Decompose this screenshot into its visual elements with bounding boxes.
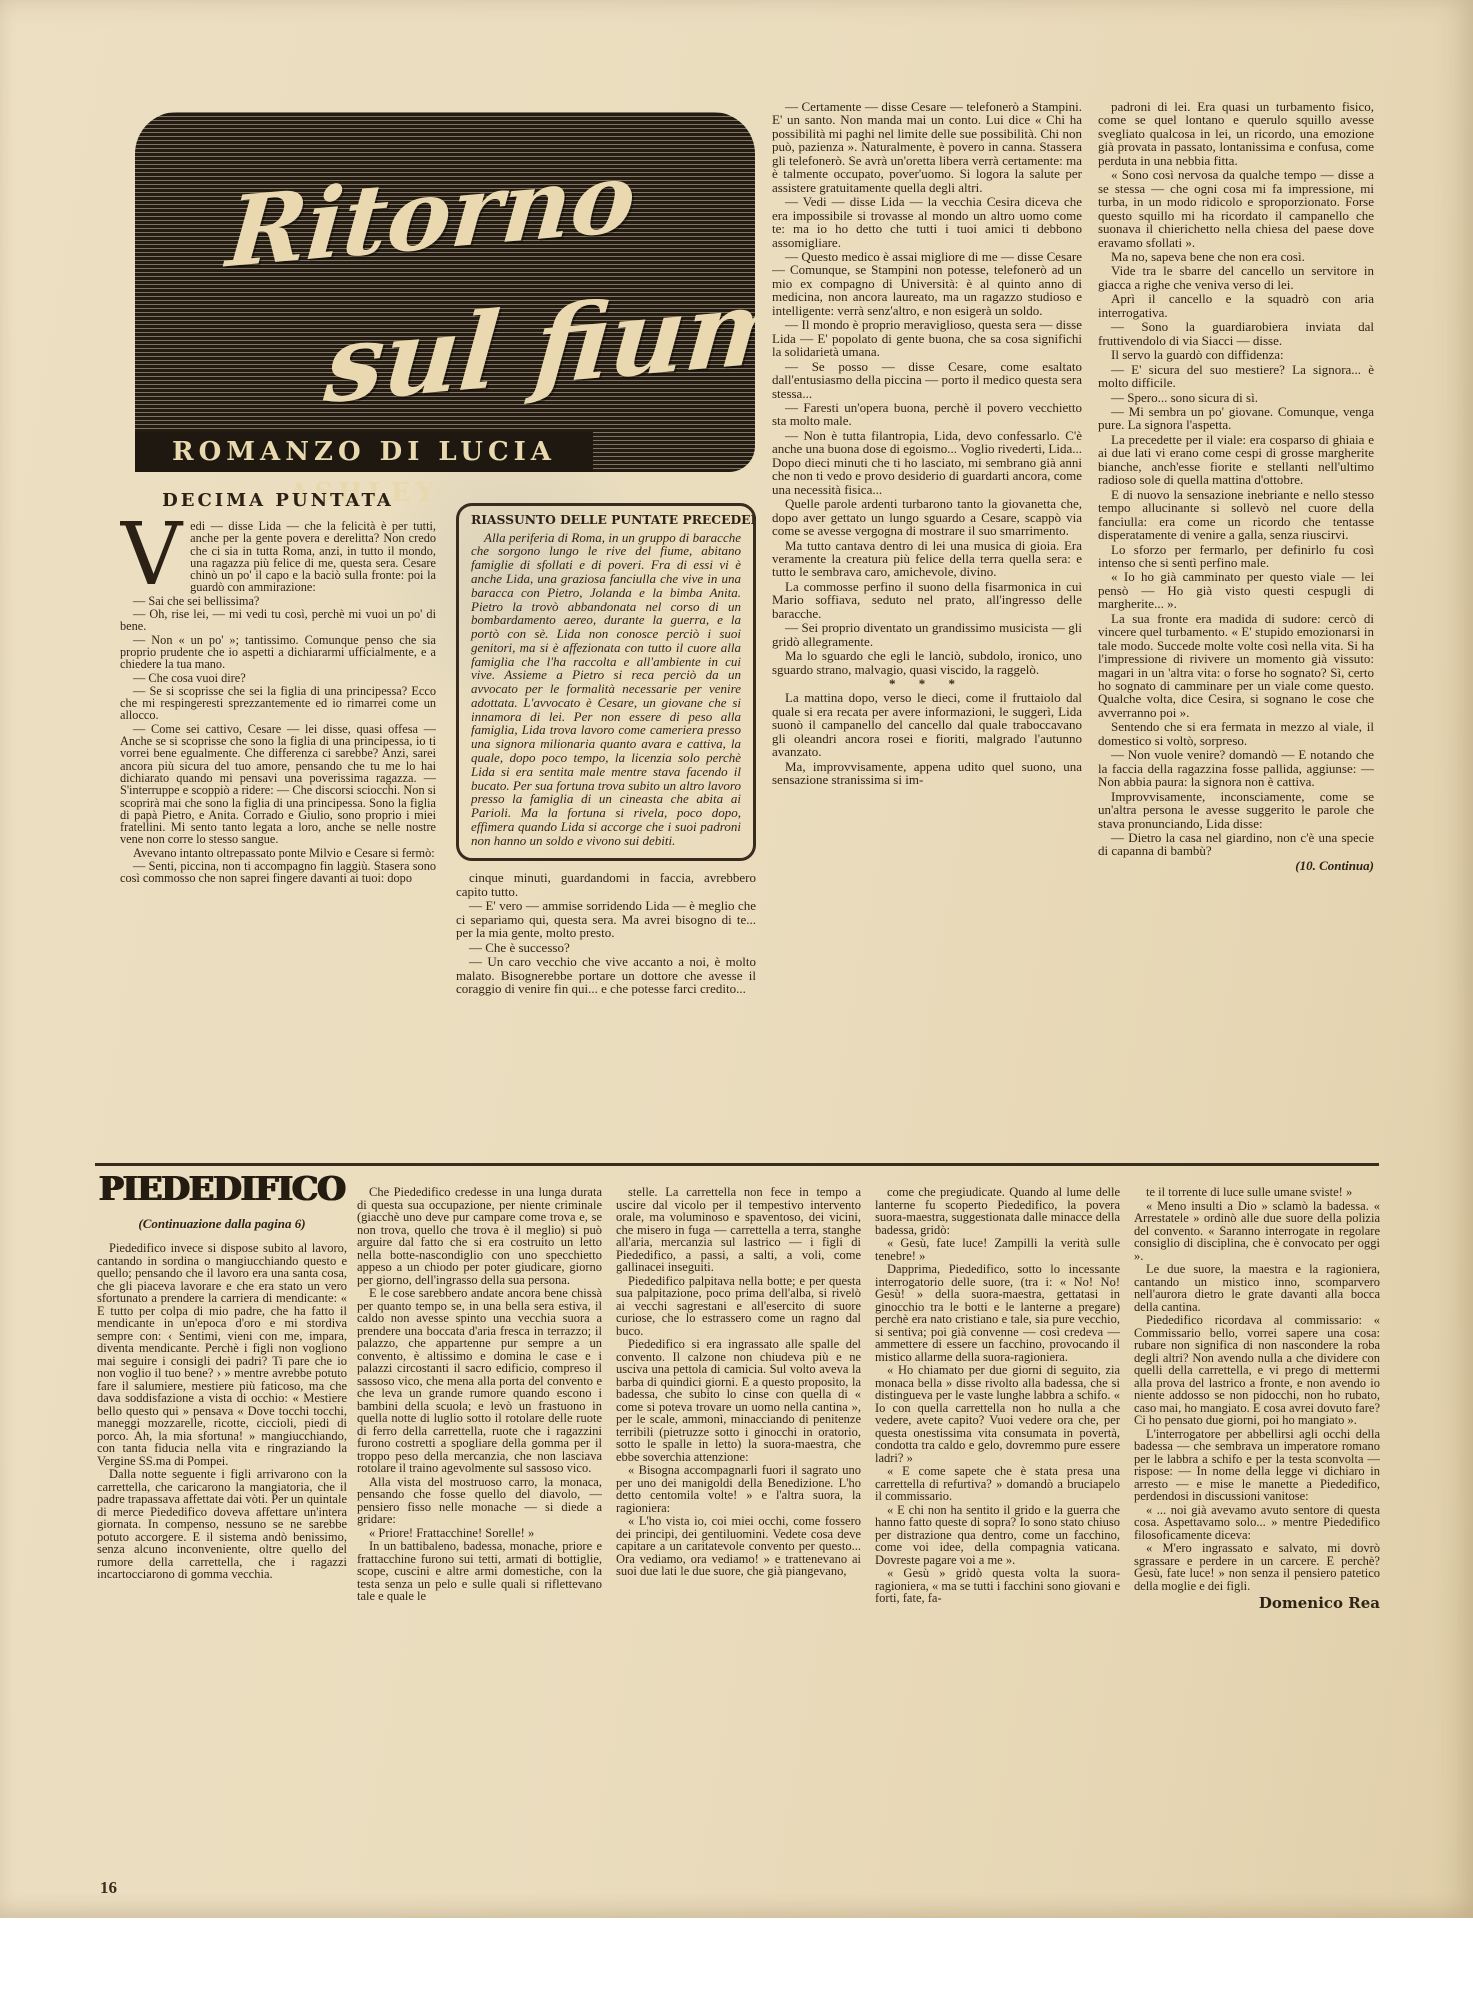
article-divider-rule	[95, 1163, 1379, 1166]
paragraph: E di nuovo la sensazione inebriante e ne…	[1098, 488, 1374, 542]
paragraph: Piededifico palpitava nella botte; e per…	[616, 1275, 861, 1338]
article2-continuation-note: (Continuazione dalla pagina 6)	[97, 1217, 347, 1230]
paragraph: Ma lo sguardo che egli le lanciò, subdol…	[772, 649, 1082, 676]
masthead-banner: Ritorno sul fiume	[135, 112, 755, 472]
paragraph: — Il mondo è proprio meraviglioso, quest…	[772, 318, 1082, 358]
paragraph: (10. Continua)	[1098, 859, 1374, 872]
drop-cap: V	[120, 520, 190, 588]
paragraph: « Bisogna accompagnarli fuori il sagrato…	[616, 1464, 861, 1514]
paragraph: — E' vero — ammise sorridendo Lida — è m…	[456, 899, 756, 939]
paragraph: — Sono la guardiarobiera inviata dal fru…	[1098, 320, 1374, 347]
paragraph: Alla vista del mostruoso carro, la monac…	[357, 1476, 602, 1526]
paragraph: — Che è successo?	[456, 941, 756, 954]
article2-column-3: stelle. La carrettella non fece in tempo…	[616, 1186, 861, 1902]
paragraph: La precedette per il viale: era cosparso…	[1098, 433, 1374, 487]
paragraph: — Vedi — disse Lida — la vecchia Cesira …	[772, 195, 1082, 249]
paragraph: — Se si scoprisse che sei la figlia di u…	[120, 685, 436, 722]
article2-column-1: PIEDEDIFICO (Continuazione dalla pagina …	[97, 1172, 347, 1902]
paragraph: padroni di lei. Era quasi un turbamento …	[1098, 100, 1374, 167]
paragraph: Le due suore, la maestra e la ragioniera…	[1134, 1263, 1380, 1313]
paragraph: Domenico Rea	[1134, 1593, 1380, 1611]
paragraph: L'interrogatore per abbellirsi agli occh…	[1134, 1428, 1380, 1503]
paragraph: « Meno insulti a Dio » sclamò la badessa…	[1134, 1200, 1380, 1263]
paragraph: « Ho chiamato per due giorni di seguito,…	[875, 1364, 1120, 1464]
novel-column-4: padroni di lei. Era quasi un turbamento …	[1098, 100, 1374, 1162]
paragraph: — Mi sembra un po' giovane. Comunque, ve…	[1098, 405, 1374, 432]
installment-heading: DECIMA PUNTATA	[120, 492, 436, 510]
paragraph: cinque minuti, guardandomi in faccia, av…	[456, 871, 756, 898]
magazine-page-scan: Ritorno sul fiume ROMANZO DI LUCIA ASHLE…	[0, 0, 1473, 2000]
paragraph: « Gesù, fate luce! Zampilli la verità su…	[875, 1237, 1120, 1262]
paragraph: te il torrente di luce sulle umane svist…	[1134, 1186, 1380, 1199]
paragraph: « Io ho già camminato per questo viale —…	[1098, 570, 1374, 610]
novel-title-line1: Ritorno	[223, 140, 640, 290]
paragraph: « Gesù » gridò questa volta la suora-rag…	[875, 1567, 1120, 1605]
paragraph: — Spero... sono sicura di sì.	[1098, 391, 1374, 404]
paragraph: * * *	[772, 677, 1082, 690]
paragraph: E le cose sarebbero andate ancora bene c…	[357, 1287, 602, 1475]
paragraph: Dalla notte seguente i figli arrivarono …	[97, 1468, 347, 1581]
paragraph: — Non « un po' »; tantissimo. Comunque p…	[120, 634, 436, 671]
novel-column-3: — Certamente — disse Cesare — telefonerò…	[772, 100, 1082, 1162]
paragraph: Il servo la guardò con diffidenza:	[1098, 348, 1374, 361]
novel-column-1: DECIMA PUNTATA Vedi — disse Lida — che l…	[120, 492, 436, 1168]
novel-column-2: RIASSUNTO DELLE PUNTATE PRECEDENTI Alla …	[456, 503, 756, 1163]
paragraph: — Dietro la casa nel giardino, non c'è u…	[1098, 831, 1374, 858]
paragraph: La mattina dopo, verso le dieci, come il…	[772, 691, 1082, 758]
novel-byline-bar: ROMANZO DI LUCIA ASHLEY	[135, 432, 593, 472]
paragraph: Sentendo che si era fermata in mezzo al …	[1098, 720, 1374, 747]
paragraph: — Oh, rise lei, — mi vedi tu così, perch…	[120, 608, 436, 633]
paragraph: — Faresti un'opera buona, perchè il pove…	[772, 401, 1082, 428]
paragraph: — Non è tutta filantropia, Lida, devo co…	[772, 429, 1082, 496]
article2-column-2: Che Piededifico credesse in una lunga du…	[357, 1186, 602, 1902]
paragraph: « Sono così nervosa da qualche tempo — d…	[1098, 168, 1374, 249]
paragraph: « Priore! Frattacchine! Sorelle! »	[357, 1527, 602, 1540]
paragraph: — Sai che sei bellissima?	[120, 595, 436, 607]
paragraph: — Un caro vecchio che vive accanto a noi…	[456, 955, 756, 995]
paragraph: « E come sapete che è stata presa una ca…	[875, 1465, 1120, 1503]
paragraph: Vide tra le sbarre del cancello un servi…	[1098, 264, 1374, 291]
paragraph: come che pregiudicate. Quando al lume de…	[875, 1186, 1120, 1236]
novel-title-line2: sul fiume	[321, 256, 755, 427]
paragraph: Ma, improvvisamente, appena udito quel s…	[772, 760, 1082, 787]
novel-column-2-paragraphs: cinque minuti, guardandomi in faccia, av…	[456, 871, 756, 995]
paragraph: — Sei proprio diventato un grandissimo m…	[772, 621, 1082, 648]
paragraph: La sua fronte era madida di sudore: cerc…	[1098, 612, 1374, 720]
paragraph: La commosse perfino il suono della fisar…	[772, 580, 1082, 620]
paragraph: « M'ero ingrassato e salvato, mi dovrò s…	[1134, 1542, 1380, 1592]
paragraph: Piededifico invece si dispose subito al …	[97, 1242, 347, 1467]
paragraph: — Certamente — disse Cesare — telefonerò…	[772, 100, 1082, 194]
paragraph: Ma tutto cantava dentro di lei una music…	[772, 539, 1082, 579]
paragraph: stelle. La carrettella non fece in tempo…	[616, 1186, 861, 1274]
paragraph: Piededifico ricordava al commissario: « …	[1134, 1314, 1380, 1427]
article2-column-5: te il torrente di luce sulle umane svist…	[1134, 1186, 1380, 1902]
paragraph: Piededifico si era ingrassato alle spall…	[616, 1338, 861, 1463]
paragraph: — Questo medico è assai migliore di me —…	[772, 250, 1082, 317]
opening-paragraph: Vedi — disse Lida — che la felicità è pe…	[120, 520, 436, 594]
paragraph: Quelle parole ardenti turbarono tanto la…	[772, 497, 1082, 537]
paragraph: Dapprima, Piededifico, sotto lo incessan…	[875, 1263, 1120, 1363]
paragraph: — E' sicura del suo mestiere? La signora…	[1098, 363, 1374, 390]
page-number: 16	[100, 1878, 117, 1898]
paragraph: « ... noi già avevamo avuto sentore di q…	[1134, 1504, 1380, 1542]
paragraph: « L'ho vista io, coi miei occhi, come fo…	[616, 1515, 861, 1578]
paragraph: — Non vuole venire? domandò — E notando …	[1098, 748, 1374, 788]
article2-column-1-paragraphs: Piededifico invece si dispose subito al …	[97, 1242, 347, 1581]
article2-title: PIEDEDIFICO	[97, 1172, 347, 1205]
paragraph: — Senti, piccina, non ti accompagno fin …	[120, 860, 436, 885]
paragraph: Lo sforzo per fermarlo, per definirlo fu…	[1098, 543, 1374, 570]
recap-box-body: Alla periferia di Roma, in un gruppo di …	[471, 531, 741, 848]
paragraph: — Che cosa vuoi dire?	[120, 672, 436, 684]
paragraph: — Se posso — disse Cesare, come esaltato…	[772, 360, 1082, 400]
paragraph: Che Piededifico credesse in una lunga du…	[357, 1186, 602, 1286]
novel-column-1-paragraphs: — Sai che sei bellissima?— Oh, rise lei,…	[120, 595, 436, 885]
paragraph: Aprì il cancello e la squadrò con aria i…	[1098, 292, 1374, 319]
paragraph: Improvvisamente, inconsciamente, come se…	[1098, 790, 1374, 830]
paragraph: Avevano intanto oltrepassato ponte Milvi…	[120, 847, 436, 859]
paragraph: In un battibaleno, badessa, monache, pri…	[357, 1540, 602, 1603]
recap-box: RIASSUNTO DELLE PUNTATE PRECEDENTI Alla …	[456, 503, 756, 861]
paragraph: — Come sei cattivo, Cesare — lei disse, …	[120, 723, 436, 846]
recap-box-title: RIASSUNTO DELLE PUNTATE PRECEDENTI	[471, 514, 741, 527]
opening-text: edi — disse Lida — che la felicità è per…	[190, 519, 436, 594]
article2-column-4: come che pregiudicate. Quando al lume de…	[875, 1186, 1120, 1902]
paragraph: « E chi non ha sentito il grido e la gue…	[875, 1504, 1120, 1567]
paragraph: Ma no, sapeva bene che non era così.	[1098, 250, 1374, 263]
